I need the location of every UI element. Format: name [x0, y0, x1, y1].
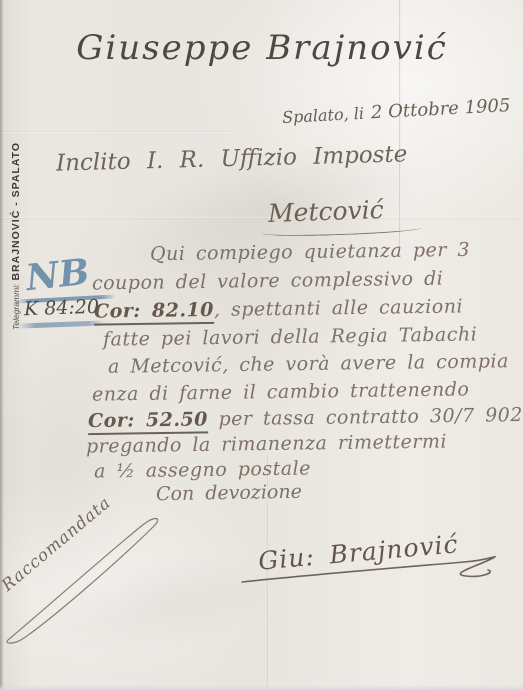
margin-amount-note: K 84:20 [24, 296, 100, 321]
scan-edge-strip [0, 685, 523, 690]
postal-note-wrap: Raccomandata [0, 512, 186, 652]
nota-bene-mark: NB [24, 251, 91, 299]
date-printed-part: Spalato, li [282, 104, 365, 127]
telegram-value: BRAJNOVIĆ - SPALATO [10, 142, 22, 281]
recipient-office: Inclito I. R. Uffizio Imposte [56, 141, 408, 176]
telegram-address-label: Telegrammi:BRAJNOVIĆ - SPALATO [6, 164, 22, 330]
fold-crease-horizontal [0, 217, 523, 219]
body-line-5: a Metcović, che vorà avere la compia [108, 350, 509, 378]
letter-page: Giuseppe Brajnović Telegrammi:BRAJNOVIĆ … [0, 0, 523, 690]
blue-pencil-underline [18, 320, 106, 328]
postal-note-encircling-flourish [0, 512, 186, 652]
fold-crease-horizontal [0, 131, 235, 133]
body-line-7-rest: per tassa contratto 30/7 902, [208, 404, 523, 430]
body-line-9: a ½ assegno postale [94, 457, 311, 482]
body-line-8: pregando la rimanenza rimettermi [86, 430, 447, 457]
signature-flourish [238, 552, 506, 588]
date-handwritten-part: 2 Ottobre 1905 [370, 95, 510, 123]
body-line-3: Cor: 82.10, spettanti alle cauzioni [94, 295, 463, 322]
body-line-6: enza di farne il cambio trattenendo [92, 378, 470, 405]
body-line-2: coupon del valore complessivo di [92, 268, 444, 295]
amount-total: Cor: 82.10 [94, 299, 214, 326]
body-line-3-rest: , spettanti alle cauzioni [214, 295, 463, 320]
closing-salutation: Con devozione [156, 481, 302, 506]
recipient-city: Metcović [268, 195, 385, 228]
date-line: Spalato, li 2 Ottobre 1905 [282, 95, 511, 128]
body-line-1: Qui compiego quietanza per 3 [150, 239, 470, 265]
body-line-4: fatte pei lavori della Regia Tabachi [103, 323, 478, 350]
letterhead-name: Giuseppe Brajnović [62, 28, 462, 68]
amount-retained: Cor: 52.50 [88, 408, 208, 435]
body-line-7: Cor: 52.50 per tassa contratto 30/7 902, [88, 404, 523, 432]
